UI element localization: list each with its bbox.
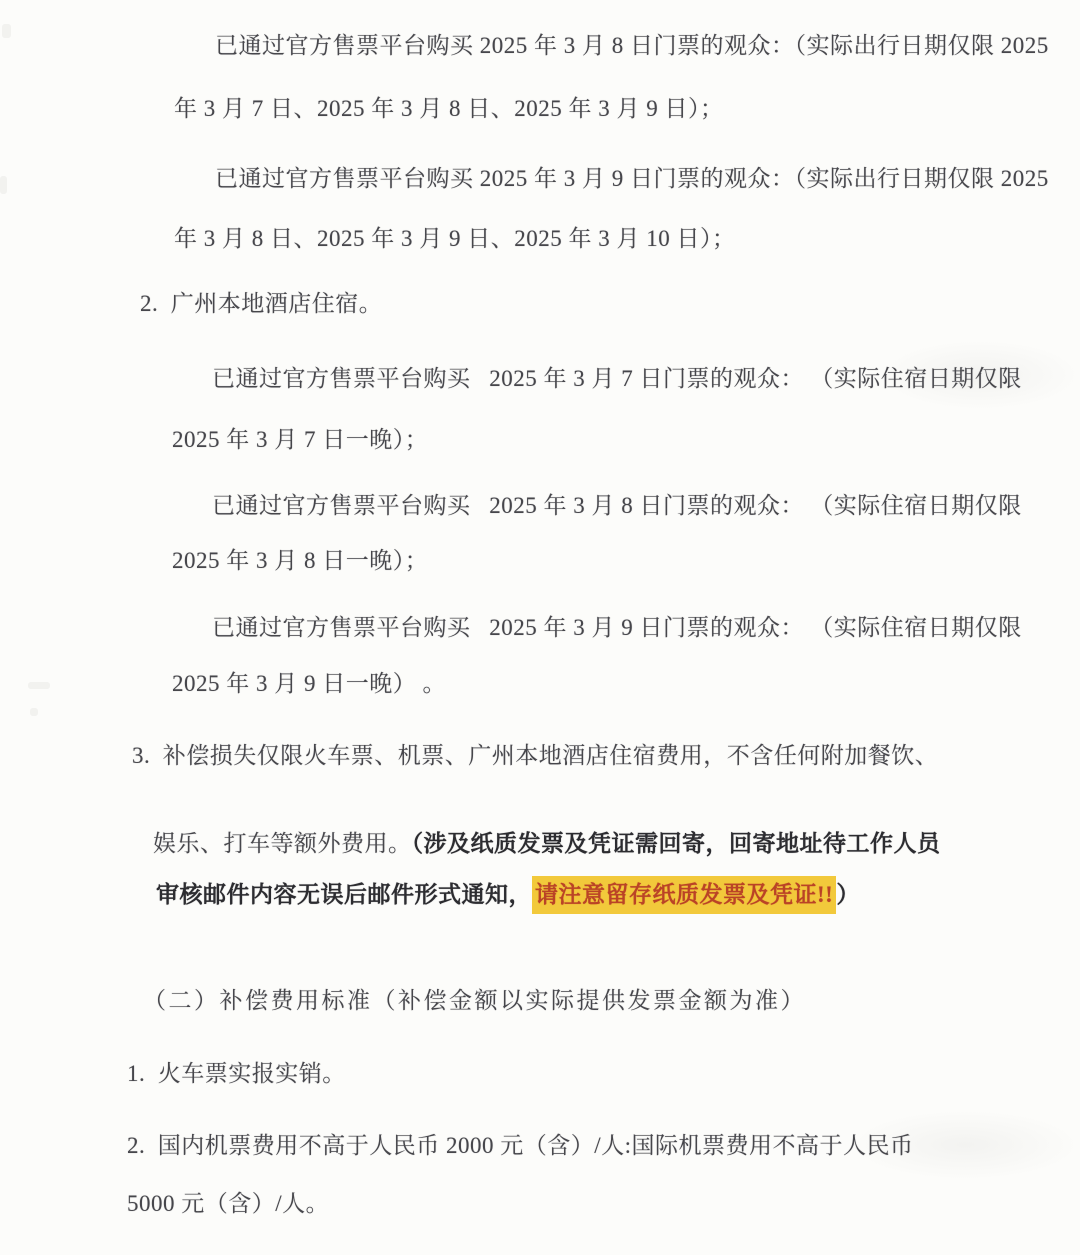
list-item-2-flight-line1: 2. 国内机票费用不高于人民币 2000 元（含）/人:国际机票费用不高于人民币 — [127, 1130, 914, 1161]
scan-artifact — [0, 176, 7, 194]
hotel-para-mar8-line1: 已通过官方售票平台购买 2025 年 3 月 8 日门票的观众： （实际住宿日期… — [212, 490, 1022, 521]
hotel-para-mar9-line2: 2025 年 3 月 9 日一晚） 。 — [172, 668, 446, 699]
list-item-3-compensation-line1: 3. 补偿损失仅限火车票、机票、广州本地酒店住宿费用，不含任何附加餐饮、 — [132, 740, 938, 771]
scan-artifact — [30, 708, 38, 716]
hotel-para-mar9-line1: 已通过官方售票平台购买 2025 年 3 月 9 日门票的观众： （实际住宿日期… — [212, 612, 1022, 643]
scan-artifact — [2, 24, 11, 38]
list-item-2-flight-line2: 5000 元（含）/人。 — [127, 1188, 329, 1219]
list-item-2-hotel: 2. 广州本地酒店住宿。 — [140, 288, 382, 319]
list-item-1-train-ticket: 1. 火车票实报实销。 — [127, 1058, 346, 1089]
item3-line3-bold-suffix: ） — [836, 882, 860, 907]
refund-para-mar8-line2: 年 3 月 7 日、2025 年 3 月 8 日、2025 年 3 月 9 日）… — [174, 93, 724, 124]
scanned-document-page: 已通过官方售票平台购买 2025 年 3 月 8 日门票的观众：（实际出行日期仅… — [0, 0, 1080, 1255]
hotel-para-mar7-line2: 2025 年 3 月 7 日一晚）； — [172, 424, 428, 455]
refund-para-mar9-line1: 已通过官方售票平台购买 2025 年 3 月 9 日门票的观众：（实际出行日期仅… — [215, 163, 1049, 194]
scan-artifact — [28, 682, 50, 689]
hotel-para-mar7-line1: 已通过官方售票平台购买 2025 年 3 月 7 日门票的观众： （实际住宿日期… — [212, 363, 1022, 394]
section-heading-compensation-standard: （二）补偿费用标准（补偿金额以实际提供发票金额为准） — [143, 985, 806, 1016]
refund-para-mar9-line2: 年 3 月 8 日、2025 年 3 月 9 日、2025 年 3 月 10 日… — [174, 223, 736, 254]
refund-para-mar8-line1: 已通过官方售票平台购买 2025 年 3 月 8 日门票的观众：（实际出行日期仅… — [215, 30, 1049, 61]
item3-line3-bold-prefix: 审核邮件内容无误后邮件形式通知， — [156, 882, 532, 907]
highlighted-invoice-note: 请注意留存纸质发票及凭证!! — [532, 876, 836, 914]
list-item-3-compensation-line3: 审核邮件内容无误后邮件形式通知，请注意留存纸质发票及凭证!!） — [131, 848, 860, 941]
hotel-para-mar8-line2: 2025 年 3 月 8 日一晚）； — [172, 545, 428, 576]
